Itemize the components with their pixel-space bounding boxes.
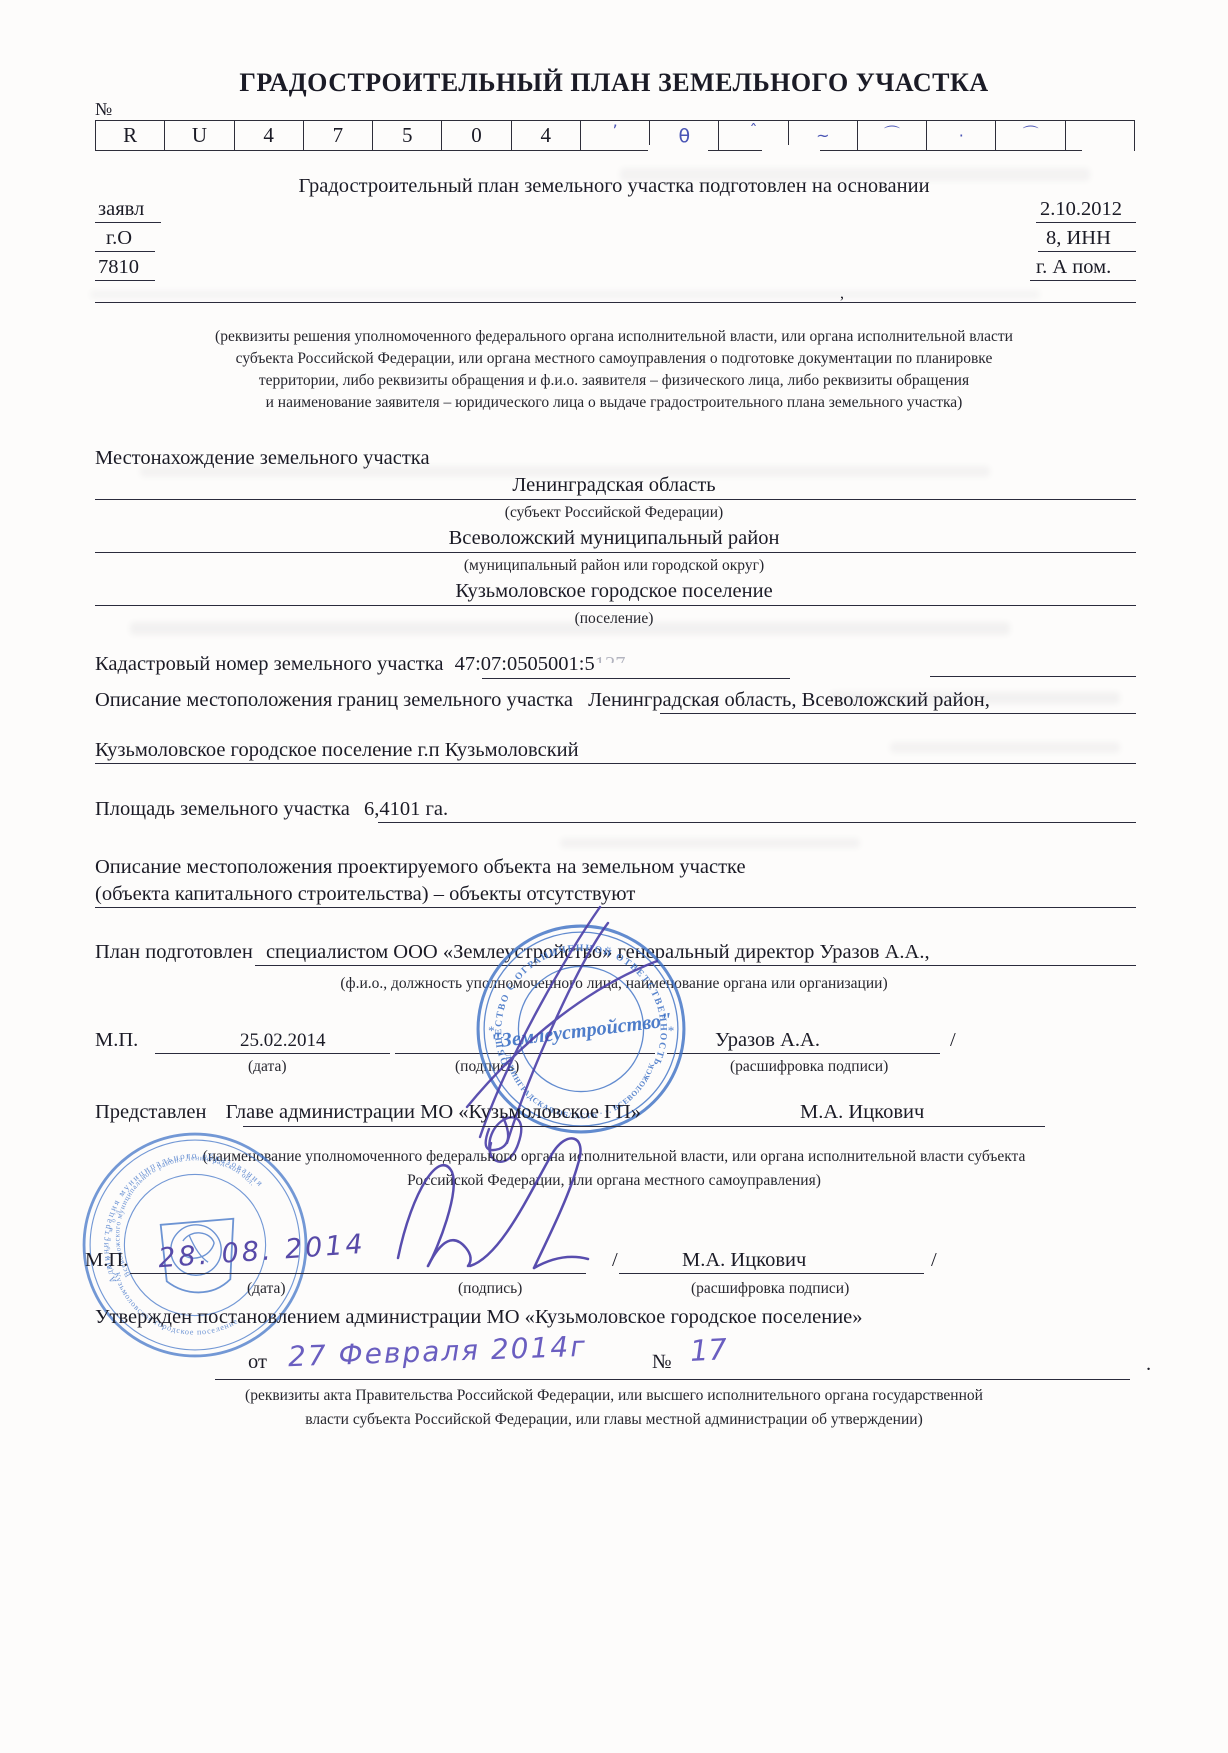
underline	[95, 499, 1136, 500]
basis-right-fragment: г. А пом.	[1036, 255, 1111, 281]
presented-label: Представлен	[95, 1101, 206, 1123]
erasure-patch	[648, 145, 708, 152]
area-value: 6,4101 га.	[364, 798, 448, 820]
code-cell: 7	[304, 121, 373, 150]
code-cell: R	[96, 121, 165, 150]
number-label: №	[95, 98, 112, 121]
gpzu-code-table: R U 4 7 5 0 4 ’ θ ˆ ~ ⌒ · ⌒	[95, 120, 1135, 151]
boundaries-line: Описание местоположения границ земельног…	[95, 688, 990, 714]
location-district: Всеволожский муниципальный район	[0, 526, 1228, 552]
area-line: Площадь земельного участка 6,4101 га.	[95, 797, 448, 823]
document-page: ГРАДОСТРОИТЕЛЬНЫЙ ПЛАН ЗЕМЕЛЬНОГО УЧАСТК…	[0, 0, 1228, 1753]
approved-caption2: власти субъекта Российской Федерации, ил…	[0, 1411, 1228, 1429]
presented-caption1: (наименование уполномоченного федерально…	[0, 1148, 1228, 1166]
basis-caption: и наименование заявителя – юридического …	[0, 394, 1228, 412]
erasure-patch	[762, 145, 820, 152]
basis-caption: территории, либо реквизиты обращения и ф…	[0, 372, 1228, 390]
underline	[95, 763, 1136, 764]
slash: /	[931, 1248, 937, 1274]
basis-caption: (реквизиты решения уполномоченного федер…	[0, 328, 1228, 346]
prepared-value: специалистом ООО «Землеустройство» генер…	[266, 941, 930, 963]
underline	[255, 965, 1136, 966]
code-cell: 5	[373, 121, 442, 150]
code-cell-erased: ⌒	[996, 121, 1065, 150]
approved-caption1: (реквизиты акта Правительства Российской…	[0, 1387, 1228, 1405]
underline	[1030, 280, 1136, 281]
code-cell: 0	[442, 121, 511, 150]
underline	[660, 713, 1136, 714]
underline	[390, 1273, 586, 1274]
code-cell-erased: ’	[581, 121, 650, 150]
basis-heading: Градостроительный план земельного участк…	[0, 174, 1228, 200]
scan-artifact	[90, 290, 1040, 299]
underline	[215, 1379, 1130, 1380]
underline	[95, 552, 1136, 553]
underline	[243, 1126, 1045, 1127]
date-caption: (дата)	[247, 1280, 286, 1298]
underline	[930, 676, 1136, 677]
name-caption: (расшифровка подписи)	[691, 1280, 849, 1298]
basis-left-fragment: заявл	[98, 197, 144, 223]
underline	[130, 1273, 422, 1274]
underline	[378, 822, 1136, 823]
prepared-caption: (ф.и.о., должность уполномоченного лица,…	[0, 975, 1228, 993]
scan-artifact	[560, 838, 860, 848]
location-settlement: Кузьмоловское городское поселение	[0, 579, 1228, 605]
approved-num-handwritten: 17	[689, 1332, 728, 1368]
sign-caption: (подпись)	[455, 1058, 519, 1076]
name-caption: (расшифровка подписи)	[730, 1058, 888, 1076]
presented-name: М.А. Ицкович	[800, 1100, 924, 1126]
code-cell: U	[165, 121, 234, 150]
approved-date-handwritten: 27 Февраля 2014г	[288, 1330, 588, 1373]
document-title: ГРАДОСТРОИТЕЛЬНЫЙ ПЛАН ЗЕМЕЛЬНОГО УЧАСТК…	[0, 68, 1228, 98]
slash: /	[612, 1248, 618, 1274]
basis-caption: субъекта Российской Федерации, или орган…	[0, 350, 1228, 368]
underline	[95, 280, 155, 281]
code-cell-erased: ·	[927, 121, 996, 150]
sign1-name: Уразов А.А.	[715, 1028, 820, 1054]
underline	[95, 222, 161, 223]
scan-artifact	[890, 742, 1120, 753]
approved-line: Утвержден постановлением администрации М…	[95, 1305, 863, 1331]
sign2-name: М.А. Ицкович	[682, 1248, 806, 1274]
underline	[482, 678, 790, 679]
code-cell-erased: ⌒	[858, 121, 927, 150]
underline	[1038, 251, 1136, 252]
underline	[95, 251, 155, 252]
prepared-line: План подготовлен специалистом ООО «Земле…	[95, 940, 930, 966]
basis-right-fragment: 2.10.2012	[1040, 197, 1122, 223]
cadastral-line: Кадастровый номер земельного участка 47:…	[95, 652, 625, 678]
approved-num-label: №	[652, 1350, 672, 1376]
mp-label: М.П.	[95, 1028, 138, 1054]
object-desc-line2: (объекта капитального строительства) – о…	[95, 882, 635, 908]
stray-comma: ,	[840, 284, 844, 304]
cadastral-value: 47:07:0505001:5	[455, 653, 595, 675]
erasure-patch	[1082, 145, 1134, 152]
basis-right-fragment: 8, ИНН	[1046, 226, 1111, 252]
underline	[95, 605, 1136, 606]
underline	[1036, 222, 1136, 223]
basis-left-fragment: г.О	[106, 226, 132, 252]
location-settlement-caption: (поселение)	[0, 610, 1228, 628]
stamp1-star: *	[668, 1023, 675, 1038]
location-label: Местонахождение земельного участка	[95, 446, 430, 472]
sign2-date-handwritten: 28. 08. 2014	[157, 1229, 366, 1274]
basis-left-fragment: 7810	[98, 255, 139, 281]
trailing-period: .	[1146, 1352, 1151, 1378]
underline	[619, 1273, 924, 1274]
presented-caption2: Российской Федерации, или органа местног…	[0, 1172, 1228, 1190]
object-desc-line1: Описание местоположения проектируемого о…	[95, 855, 746, 881]
code-cell: 4	[512, 121, 581, 150]
slash: /	[950, 1028, 956, 1054]
sign1-date: 25.02.2014	[240, 1029, 326, 1053]
presented-value: Главе администрации МО «Кузьмоловское ГП…	[226, 1101, 641, 1123]
underline	[155, 1053, 390, 1054]
underline	[667, 1053, 940, 1054]
date-caption: (дата)	[248, 1058, 287, 1076]
cadastral-label: Кадастровый номер земельного участка	[95, 653, 443, 675]
boundaries-label: Описание местоположения границ земельног…	[95, 689, 573, 711]
underline	[95, 907, 1136, 908]
underline	[395, 1053, 655, 1054]
location-district-caption: (муниципальный район или городской округ…	[0, 557, 1228, 575]
prepared-label: План подготовлен	[95, 941, 253, 963]
boundaries-value: Ленинградская область, Всеволожский райо…	[588, 689, 990, 711]
code-cell: 4	[235, 121, 304, 150]
boundaries-value-2: Кузьмоловское городское поселение г.п Ку…	[95, 738, 579, 764]
underline	[95, 302, 1136, 303]
stamp1-star: *	[488, 1023, 495, 1038]
cadastral-value-erased: 127	[595, 652, 626, 663]
mp-label: М.П.	[85, 1248, 128, 1274]
location-region-caption: (субъект Российской Федерации)	[0, 504, 1228, 522]
area-label: Площадь земельного участка	[95, 798, 350, 820]
stamp1-center-text: "Землеустройство"	[489, 1009, 673, 1053]
sign-caption: (подпись)	[458, 1280, 522, 1298]
location-region: Ленинградская область	[0, 473, 1228, 499]
presented-line: Представлен Главе администрации МО «Кузь…	[95, 1100, 641, 1126]
approved-from-label: от	[248, 1350, 267, 1376]
